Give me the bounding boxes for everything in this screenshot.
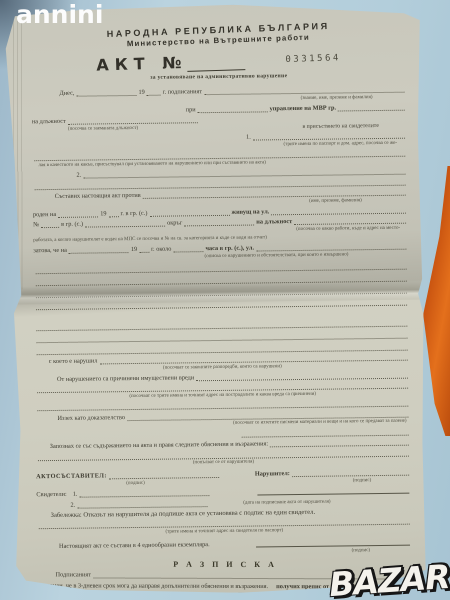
blank-row bbox=[34, 274, 409, 286]
label-duty2: на длъжност bbox=[256, 219, 292, 226]
spacer bbox=[37, 359, 47, 365]
caption-duty: (посочва се заеманата длъжност) bbox=[32, 126, 138, 133]
orange-cloth-background bbox=[422, 166, 450, 436]
caption-job1: (посочва се какво работи, къде и адрес н… bbox=[296, 226, 400, 233]
spacer bbox=[37, 377, 55, 383]
label-born-in: г. в гр. (с.) bbox=[120, 210, 147, 217]
mvr-line: при управление на МВР гр. bbox=[32, 104, 407, 116]
spacer bbox=[223, 472, 253, 478]
blank-row bbox=[35, 343, 410, 355]
blank-line bbox=[85, 220, 165, 228]
blank-line bbox=[253, 132, 405, 141]
label-violated: с което е нарушил bbox=[49, 358, 98, 366]
blank-row bbox=[34, 319, 409, 331]
caption-sign-date: (дата на подписване акта от нарушителя) bbox=[243, 499, 330, 506]
label-duty: на длъжност bbox=[32, 118, 66, 125]
spacer bbox=[140, 124, 300, 132]
blank-line bbox=[36, 262, 407, 274]
caption-signer: (звание, име, презиме и фамилия) bbox=[301, 95, 373, 102]
spacer bbox=[213, 490, 253, 496]
caption-job2: работата, а когато нарушителят е водач н… bbox=[33, 235, 267, 244]
blank-line bbox=[139, 246, 149, 253]
photo-of-act-document: НАРОДНА РЕПУБЛИКА БЪЛГАРИЯ Министерство … bbox=[0, 0, 450, 600]
blank-line bbox=[36, 274, 407, 286]
label-witness-intro: в присъствието на свидетелите bbox=[302, 123, 379, 130]
label-mvr: управление на МВР гр. bbox=[270, 105, 337, 113]
blank-line bbox=[77, 500, 207, 509]
caption-witness1: (трите имена по паспорт и дом. адрес, по… bbox=[283, 141, 397, 148]
blank-line bbox=[68, 117, 198, 126]
blank-line bbox=[149, 209, 229, 217]
label-damages: От нарушението са причинени имуществени … bbox=[57, 374, 194, 383]
spacer bbox=[38, 432, 238, 440]
label-acquainted: Запознах се със съдържанието на акта и п… bbox=[50, 441, 268, 451]
label-today: Днес, bbox=[59, 90, 74, 97]
label-2: 2. bbox=[70, 501, 75, 508]
blank-line bbox=[36, 331, 407, 343]
label-19: 19 bbox=[131, 246, 137, 253]
blank-line bbox=[37, 400, 408, 412]
blank-line bbox=[256, 539, 410, 548]
label-1: 1. bbox=[246, 134, 251, 141]
blank-line bbox=[109, 471, 219, 479]
caption-names: (име, презиме, фамилия) bbox=[309, 198, 362, 205]
note-line: Забележка: Отказът на нарушителя да подп… bbox=[37, 508, 412, 520]
blank-line bbox=[294, 217, 406, 225]
spacer bbox=[37, 416, 55, 422]
spacer bbox=[147, 478, 351, 486]
caption-signature: (подпис) bbox=[126, 481, 145, 487]
blank-line bbox=[41, 221, 59, 228]
label-in-town: в гр. (с.) bbox=[61, 221, 83, 228]
paper-act-form: НАРОДНА РЕПУБЛИКА БЪЛГАРИЯ Министерство … bbox=[4, 2, 427, 595]
blank-line bbox=[242, 428, 409, 437]
caption-fill-by: (попълват се от нарушителя) bbox=[193, 460, 254, 467]
label-informed1: уведомен, че в 3-дневен срок мога да нап… bbox=[37, 582, 268, 590]
label-around: г. около bbox=[151, 246, 171, 253]
blank-line bbox=[36, 319, 407, 331]
label-drafter: АКТОСЪСТАВИТЕЛ: bbox=[36, 473, 107, 481]
label-signature: Подпис: bbox=[242, 593, 265, 600]
blank-line bbox=[83, 168, 405, 179]
blank-line bbox=[173, 245, 203, 252]
caption-damages: (посочват се трите имена и точният адрес… bbox=[129, 392, 316, 400]
label-seized: Иззех като доказателство bbox=[57, 414, 125, 422]
blank-line bbox=[256, 243, 406, 252]
watermark-bazar-logo: BAZAR bbox=[328, 557, 450, 600]
blank-line bbox=[79, 489, 209, 498]
label-num: № bbox=[33, 222, 39, 229]
blank-line bbox=[184, 219, 254, 227]
watermark-annini: annini bbox=[16, 0, 103, 29]
act-title: АКТ № bbox=[96, 53, 188, 75]
spacer bbox=[39, 513, 49, 519]
blank-line bbox=[37, 343, 408, 355]
blank-line bbox=[108, 210, 118, 217]
blank-line bbox=[198, 105, 268, 113]
blank-line bbox=[292, 469, 409, 477]
blank-line bbox=[196, 372, 408, 382]
form-content: НАРОДНА РЕПУБЛИКА БЪЛГАРИЯ Министерство … bbox=[4, 2, 427, 595]
caption-witness2: лая в качеството на какъв, присъствувал … bbox=[38, 160, 266, 169]
acquainted-line: Запознах се със съдържанието на акта и п… bbox=[36, 439, 411, 451]
blank-line bbox=[69, 246, 129, 254]
spacer bbox=[34, 107, 184, 115]
caption-laws: (посочват се законните разпоредби, които… bbox=[163, 364, 282, 371]
label-living: живущ на ул. bbox=[231, 208, 269, 215]
spacer bbox=[34, 173, 74, 179]
caption-seized: (посочват се иззетите писмени материали … bbox=[233, 419, 407, 427]
label-against: Съставих настоящия акт против bbox=[55, 192, 141, 200]
label-undersigned: Подписаният bbox=[55, 571, 91, 578]
label-at: при bbox=[186, 106, 196, 113]
label-hour: часа в гр. (с.), ул. bbox=[205, 245, 254, 253]
blank-row bbox=[34, 286, 409, 298]
label-district: окръг bbox=[167, 220, 182, 227]
label-witnesses: Свидетели: bbox=[36, 491, 66, 498]
spacer bbox=[39, 572, 53, 578]
blank-line bbox=[35, 178, 406, 190]
spacer bbox=[39, 544, 57, 550]
witness2-line: 2. bbox=[32, 168, 407, 180]
blank-line bbox=[147, 89, 161, 96]
label-signed: г. подписаният bbox=[163, 88, 202, 95]
act-number-blank bbox=[187, 57, 245, 72]
spacer bbox=[36, 487, 126, 488]
blank-row bbox=[34, 262, 409, 274]
label-2: 2. bbox=[76, 172, 81, 179]
label-oblige: жавам се при промяна на адреса да посочв… bbox=[37, 592, 177, 599]
blank-row bbox=[35, 400, 410, 412]
caption-description: (описва се нарушението и обстоятелствата… bbox=[205, 252, 349, 260]
witnesses-sig-line: Свидетели: 1. bbox=[36, 487, 411, 499]
witness2-sig-line: 2. (дата на подписване акта от нарушител… bbox=[36, 497, 411, 509]
blank-line bbox=[76, 89, 136, 97]
label-copies: Настоящият акт се състави в 4 еднообразн… bbox=[59, 541, 210, 550]
blank-line bbox=[36, 286, 407, 298]
caption-signature: (подпис) bbox=[353, 477, 412, 484]
blank-line bbox=[270, 439, 409, 448]
blank-line bbox=[338, 104, 405, 112]
partial-blank-row bbox=[36, 428, 411, 440]
caption-witness-address: (трите имена и точният адрес на свидетел… bbox=[165, 528, 283, 535]
label-offender: Нарушител: bbox=[255, 470, 290, 477]
label-19: 19 bbox=[100, 210, 106, 217]
blank-line bbox=[58, 211, 98, 218]
spacer bbox=[38, 444, 48, 450]
label-note: Забележка: Отказът на нарушителя да подп… bbox=[51, 509, 316, 519]
blank-row bbox=[34, 331, 409, 343]
blank-row bbox=[33, 178, 408, 190]
serial-number: 0331564 bbox=[285, 53, 341, 65]
label-because: затова, че на bbox=[33, 247, 67, 254]
label-born: роден на bbox=[33, 211, 56, 218]
blank-line bbox=[257, 487, 409, 496]
born-line: роден на 19 г. в гр. (с.) живущ на ул. bbox=[33, 207, 408, 219]
spacer bbox=[212, 541, 252, 547]
blank-line bbox=[271, 207, 406, 216]
label-19: 19 bbox=[138, 89, 144, 96]
spacer bbox=[35, 194, 53, 200]
spacer bbox=[180, 593, 240, 599]
caption-signature: (подпис) bbox=[352, 548, 371, 554]
damages-line: От нарушението са причинени имуществени … bbox=[35, 372, 410, 384]
label-1: 1. bbox=[73, 491, 78, 498]
spacer bbox=[211, 500, 241, 506]
